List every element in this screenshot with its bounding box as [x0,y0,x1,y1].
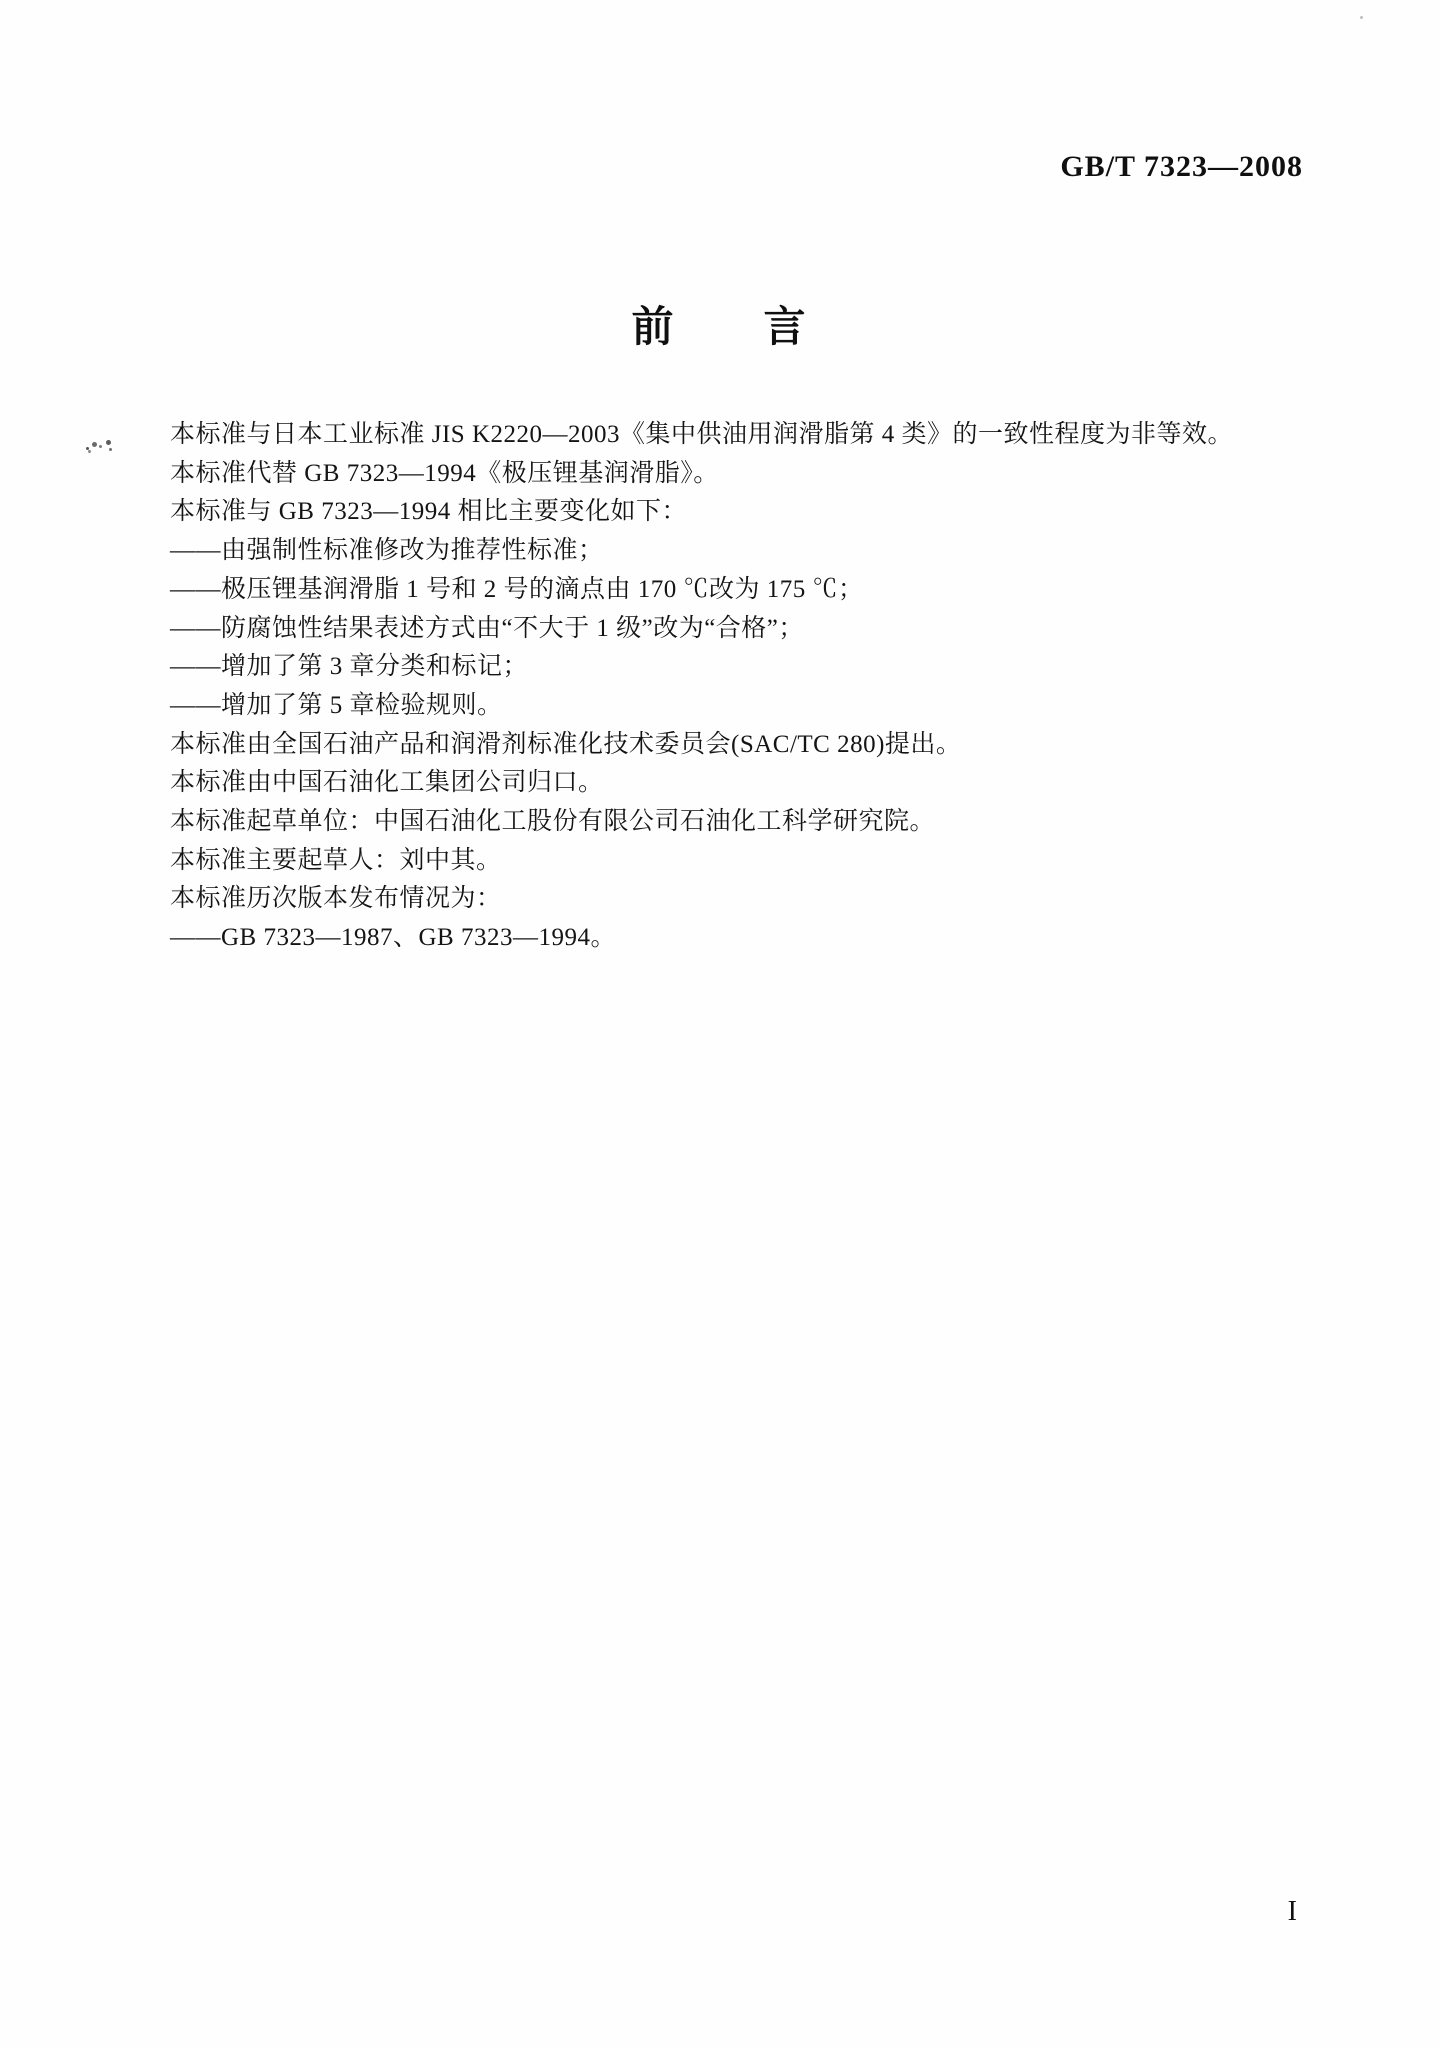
paragraph-centralized-by: 本标准由中国石油化工集团公司归口。 [170,764,1319,803]
paragraph-drafting-org: 本标准起草单位：中国石油化工股份有限公司石油化工科学研究院。 [170,803,1319,842]
paragraph-replaces-statement: 本标准代替 GB 7323—1994《极压锂基润滑脂》。 [170,455,1319,494]
paragraph-drafter: 本标准主要起草人：刘中其。 [170,842,1319,881]
paragraph-proposed-by: 本标准由全国石油产品和润滑剂标准化技术委员会(SAC/TC 280)提出。 [170,726,1319,765]
foreword-title: 前 言 [0,294,1439,354]
document-page: GB/T 7323—2008 前 言 本标准与日本工业标准 JIS K2220—… [0,0,1439,2048]
page-number: I [1288,1896,1297,1928]
foreword-body: 本标准与日本工业标准 JIS K2220—2003《集中供油用润滑脂第 4 类》… [170,416,1319,958]
paragraph-history-versions: ——GB 7323—1987、GB 7323—1994。 [170,919,1319,958]
scan-artifact-speck [1360,16,1363,19]
change-item-1: ——由强制性标准修改为推荐性标准； [170,532,1319,571]
paragraph-changes-intro: 本标准与 GB 7323—1994 相比主要变化如下： [170,493,1319,532]
scan-artifact-smudge [86,447,89,450]
change-item-3: ——防腐蚀性结果表述方式由“不大于 1 级”改为“合格”； [170,610,1319,649]
change-item-5: ——增加了第 5 章检验规则。 [170,687,1319,726]
change-item-4: ——增加了第 3 章分类和标记； [170,648,1319,687]
paragraph-history-intro: 本标准历次版本发布情况为： [170,880,1319,919]
paragraph-consistency-statement: 本标准与日本工业标准 JIS K2220—2003《集中供油用润滑脂第 4 类》… [170,416,1319,455]
standard-number-header: GB/T 7323—2008 [1060,150,1303,184]
change-item-2: ——极压锂基润滑脂 1 号和 2 号的滴点由 170 ℃改为 175 ℃； [170,571,1319,610]
